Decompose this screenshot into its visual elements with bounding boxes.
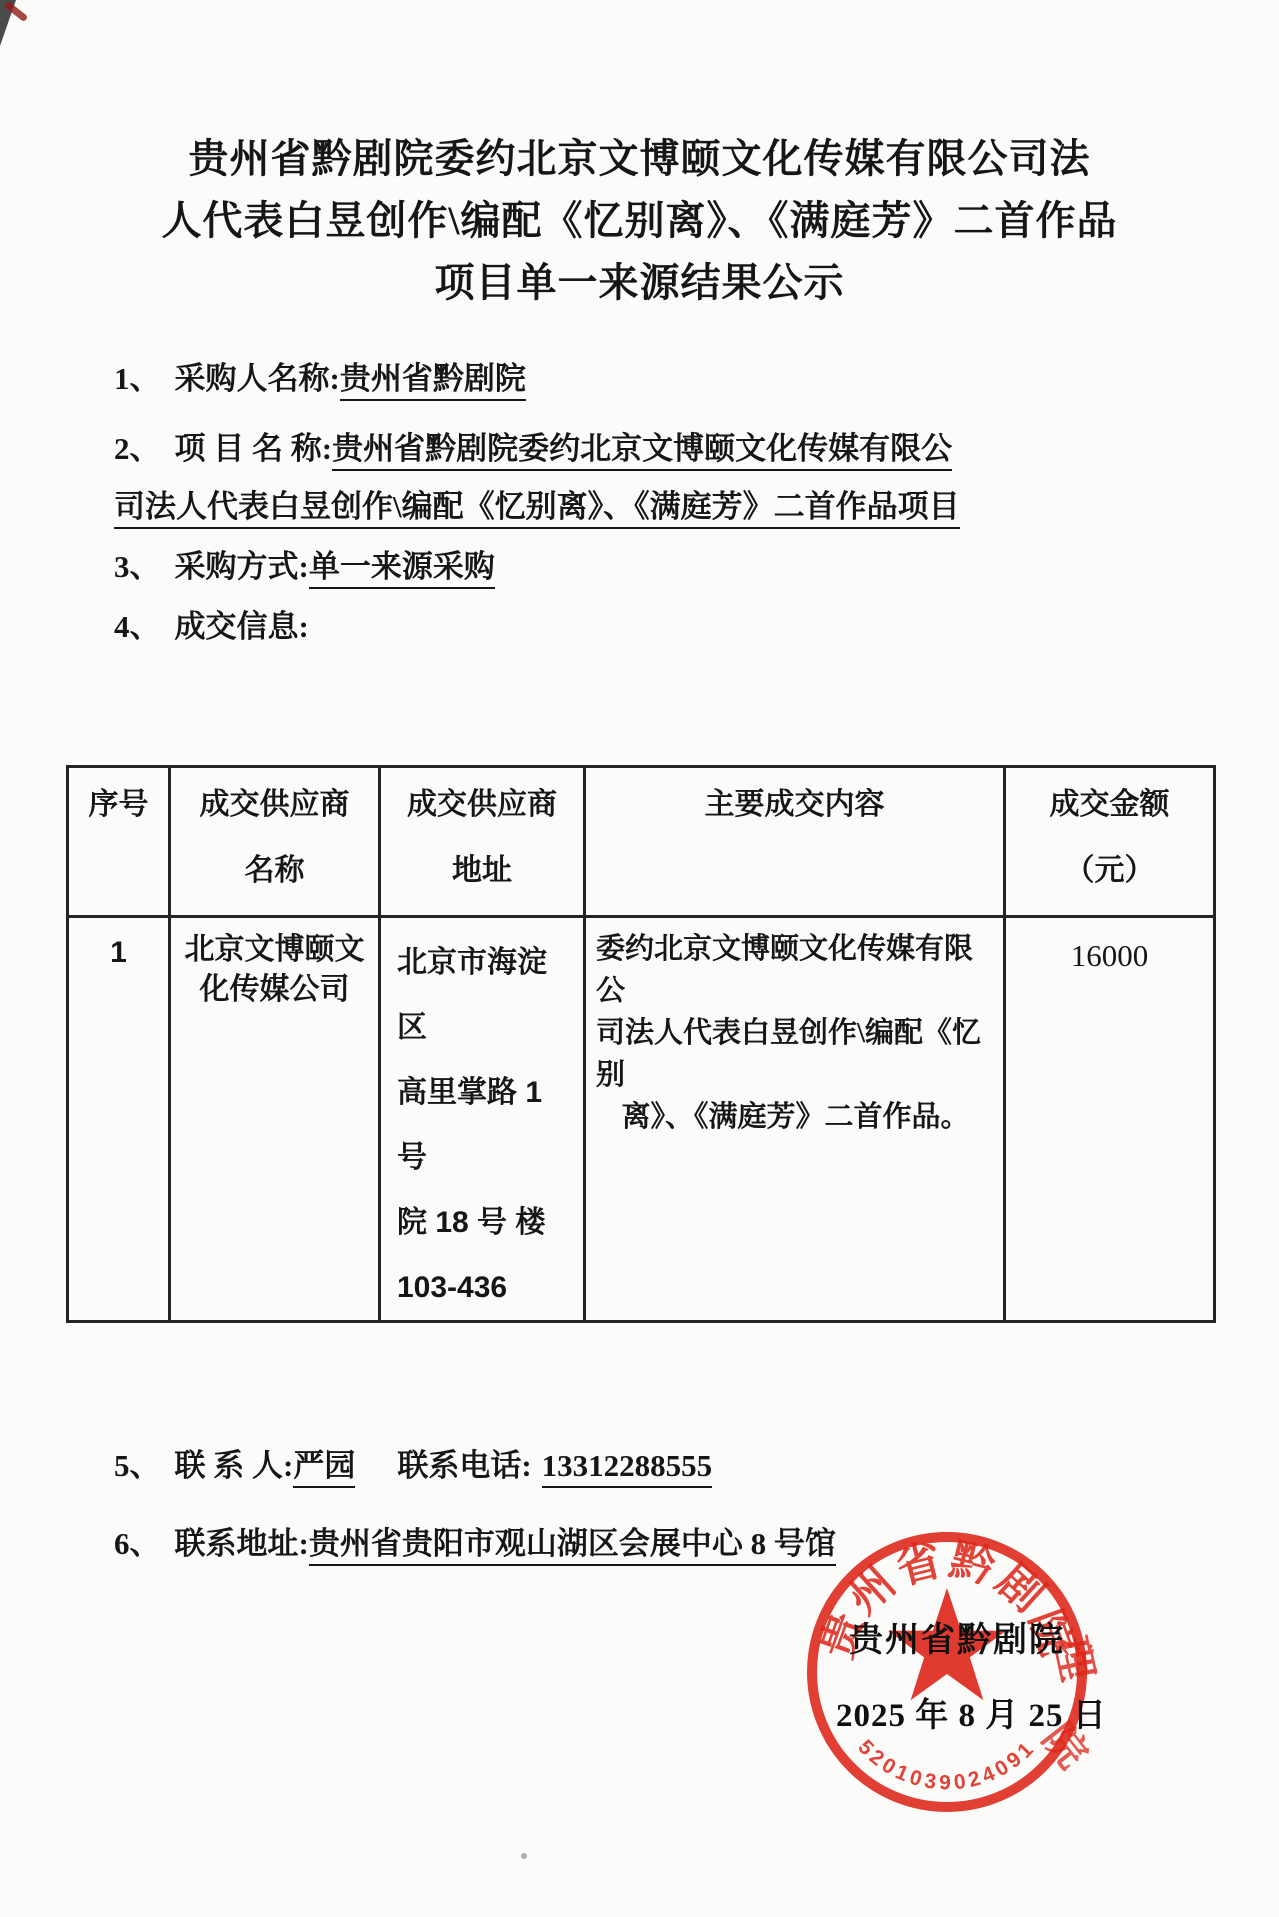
- item-project-name: 2、项 目 名 称:贵州省黔剧院委约北京文博颐文化传媒有限公 司法人代表白昱创作…: [114, 426, 1169, 530]
- project-name-line-2: 司法人代表白昱创作\编配《忆别离》、《满庭芳》二首作品项目: [114, 484, 1169, 530]
- cell-supplier-address: 北京市海淀区 高里掌路 1 号 院 18 号 楼 103-436: [380, 917, 585, 1322]
- item-purchaser: 1、采购人名称:贵州省黔剧院: [114, 356, 1169, 402]
- seal-date-text: 2025 年 8 月 25 日: [836, 1689, 1107, 1736]
- deal-table: 序号 成交供应商 名称 成交供应商 地址 主要成交内容 成交金额 （元） 1 北…: [66, 765, 1216, 1323]
- item-number: 5、: [114, 1448, 161, 1483]
- cell-amount: 16000: [1005, 917, 1215, 1322]
- item-procurement-method: 3、采购方式:单一来源采购: [114, 544, 1169, 590]
- item-label: 项 目 名 称:: [175, 431, 333, 466]
- cell-no: 1: [68, 917, 170, 1322]
- page-title: 贵州省黔剧院委约北京文博颐文化传媒有限公司法 人代表白昱创作\编配《忆别离》、《…: [0, 0, 1279, 314]
- phone-label: 联系电话:: [397, 1448, 531, 1483]
- item-label: 联系地址:: [175, 1526, 309, 1561]
- purchaser-value: 贵州省黔剧院: [340, 361, 526, 401]
- project-name-line-1: 2、项 目 名 称:贵州省黔剧院委约北京文博颐文化传媒有限公: [114, 426, 1169, 472]
- header-supplier-name: 成交供应商 名称: [170, 767, 380, 917]
- item-number: 4、: [114, 609, 161, 644]
- contact-person-value: 严园: [293, 1448, 355, 1488]
- scan-dot-artifact: [521, 1853, 527, 1859]
- seal-graphic: 贵州省黔剧院 5201039024091 理 院: [797, 1522, 1097, 1822]
- item-number: 6、: [114, 1526, 161, 1561]
- item-label: 联 系 人:: [175, 1448, 294, 1483]
- header-no: 序号: [68, 767, 170, 917]
- table-row: 1 北京文博颐文 化传媒公司 北京市海淀区 高里掌路 1 号 院 18 号 楼 …: [68, 917, 1215, 1322]
- official-seal: 贵州省黔剧院 5201039024091 理 院: [797, 1522, 1097, 1822]
- header-amount: 成交金额 （元）: [1005, 767, 1215, 917]
- item-label: 采购方式:: [175, 549, 309, 584]
- item-label: 成交信息:: [175, 609, 309, 644]
- title-line-1: 贵州省黔剧院委约北京文博颐文化传媒有限公司法: [0, 128, 1279, 190]
- phone-value: 13312288555: [542, 1448, 713, 1488]
- item-number: 2、: [114, 431, 161, 466]
- item-label: 采购人名称:: [175, 361, 340, 396]
- cell-supplier-name: 北京文博颐文 化传媒公司: [170, 917, 380, 1322]
- header-supplier-address: 成交供应商 地址: [380, 767, 585, 917]
- project-name-value-2: 司法人代表白昱创作\编配《忆别离》、《满庭芳》二首作品项目: [114, 489, 960, 529]
- contact-address-value: 贵州省贵阳市观山湖区会展中心 8 号馆: [309, 1526, 836, 1566]
- project-name-value-1: 贵州省黔剧院委约北京文博颐文化传媒有限公: [332, 431, 952, 471]
- table-header-row: 序号 成交供应商 名称 成交供应商 地址 主要成交内容 成交金额 （元）: [68, 767, 1215, 917]
- item-number: 1、: [114, 361, 161, 396]
- announcement-page: 贵州省黔剧院委约北京文博颐文化传媒有限公司法 人代表白昱创作\编配《忆别离》、《…: [0, 0, 1279, 1917]
- title-line-3: 项目单一来源结果公示: [0, 252, 1279, 314]
- item-deal-info: 4、成交信息:: [114, 604, 1169, 650]
- item-contact-person: 5、联 系 人:严园联系电话:13312288555: [114, 1443, 1219, 1489]
- item-number: 3、: [114, 549, 161, 584]
- item-list: 1、采购人名称:贵州省黔剧院 2、项 目 名 称:贵州省黔剧院委约北京文博颐文化…: [114, 356, 1169, 650]
- header-content: 主要成交内容: [585, 767, 1005, 917]
- title-line-2: 人代表白昱创作\编配《忆别离》、《满庭芳》二首作品: [0, 190, 1279, 252]
- seal-organization-text: 贵州省黔剧院: [849, 1612, 1065, 1661]
- cell-content: 委约北京文博颐文化传媒有限公 司法人代表白昱创作\编配《忆别 离》、《满庭芳》二…: [585, 917, 1005, 1322]
- method-value: 单一来源采购: [309, 549, 495, 589]
